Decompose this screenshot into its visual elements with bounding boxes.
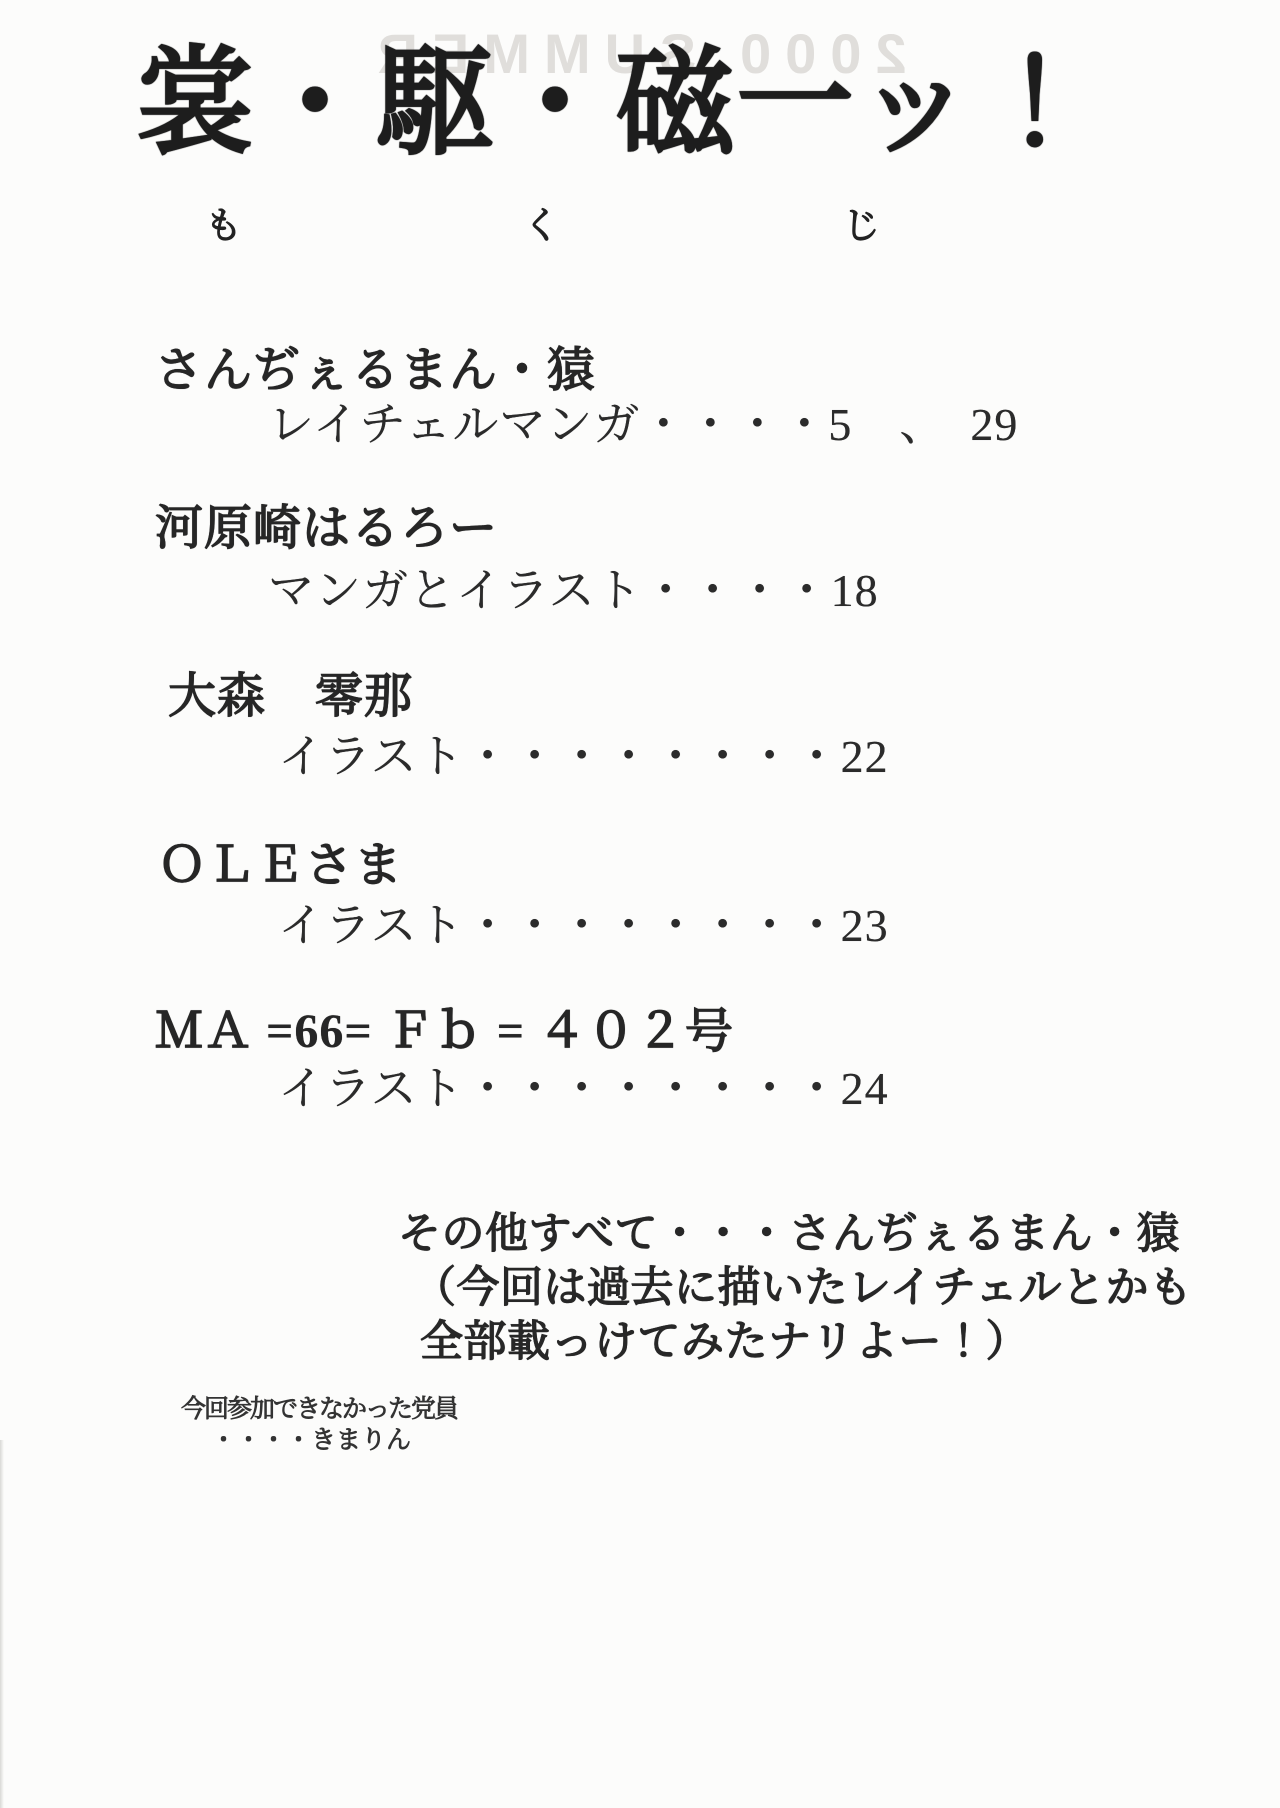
- title-furigana-mo: も: [205, 208, 242, 245]
- doujinshi-toc-page: 2000 SUMMER 裳・駆・磁一ッ！ も く じ さんぢぇるまん・猿 レイチ…: [0, 0, 1280, 1808]
- toc-entry-line-illust-23: イラスト・・・・・・・・23: [278, 903, 889, 949]
- note-everything-else: その他すべて・・・さんぢぇるまん・猿: [398, 1213, 1180, 1256]
- page-title: 裳・駆・磁一ッ！: [136, 46, 1096, 164]
- footer-absent-member-name: ・・・・きまりん: [211, 1428, 411, 1453]
- toc-entry-line-rachel-manga: レイチェルマンガ・・・・5 、 29: [268, 402, 1018, 448]
- toc-entry-author-ole-sama: ＯＬＥさま: [158, 842, 403, 890]
- toc-entry-author-omori-reina: 大森 零那: [168, 673, 413, 721]
- title-furigana-ku: く: [523, 208, 560, 245]
- toc-entry-author-ma66fb402: ＭＡ =66= Ｆｂ = ４０２号: [155, 1008, 734, 1056]
- note-parenthetical-line1: （今回は過去に描いたレイチェルとかも: [413, 1267, 1193, 1310]
- toc-entry-author-kawarazaki-haruro: 河原崎はるろー: [155, 505, 498, 553]
- toc-entry-line-manga-to-illust: マンガとイラスト・・・・18: [268, 568, 879, 614]
- toc-entry-author-sangelman-saru: さんぢぇるまん・猿: [155, 347, 596, 395]
- title-furigana-ji: じ: [843, 208, 880, 245]
- note-parenthetical-line2: 全部載っけてみたナリよー！）: [420, 1321, 1029, 1364]
- footer-absent-members-label: 今回参加できなかった党員: [181, 1397, 457, 1422]
- toc-entry-line-illust-22: イラスト・・・・・・・・22: [278, 734, 889, 780]
- toc-entry-line-illust-24: イラスト・・・・・・・・24: [278, 1066, 889, 1112]
- page-edge-shadow: [0, 1440, 4, 1808]
